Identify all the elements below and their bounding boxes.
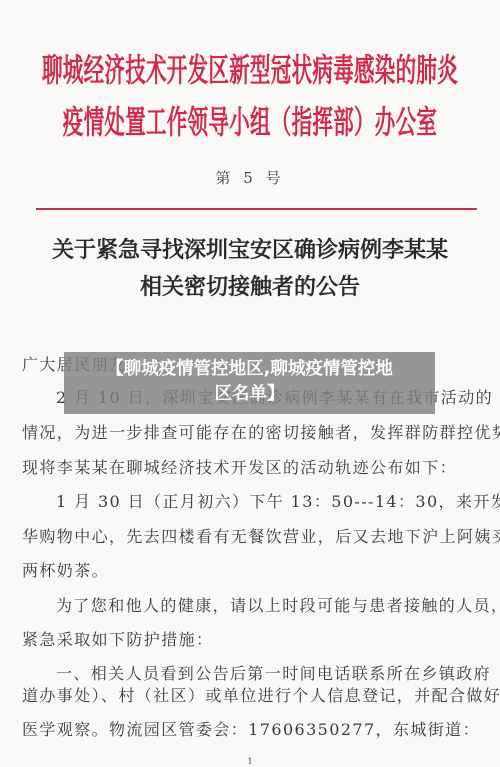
body-line: 华购物中心，先去四楼看有无餐饮营业，后又去地下沪上阿姨买 (22, 524, 482, 547)
body-line: 为了您和他人的健康，请以上时段可能与患者接触的人员， (56, 593, 500, 616)
body-line: 情况，为进一步排查可能存在的密切接触者，发挥群防群控优势， (22, 420, 482, 443)
page-number: 1 (0, 757, 500, 766)
body-line: 现将李某某在聊城经济技术开发区的活动轨迹公布如下： (22, 455, 482, 478)
banner-line-1: 【聊城疫情管控地区,聊城疫情管控地 (64, 357, 435, 382)
body-line: 两杯奶茶。 (22, 558, 482, 581)
document-number: 第 5 号 (0, 167, 500, 188)
body-line: 紧急采取如下防护措施： (22, 627, 482, 650)
issuing-office-line-2: 疫情处置工作领导小组（指挥部）办公室 (0, 96, 500, 143)
issuing-office-line-1: 聊城经济技术开发区新型冠状病毒感染的肺炎 (0, 44, 500, 91)
red-divider (36, 208, 477, 210)
notice-title-line-2: 相关密切接触者的公告 (0, 270, 500, 301)
body-line: 医学观察。物流园区管委会：17606350277，东城街道： (22, 717, 482, 740)
body-line: 道办事处）、村（社区）或单位进行个人信息登记，并配合做好 (22, 683, 482, 706)
notice-title-line-1: 关于紧急寻找深圳宝安区确诊病例李某某 (0, 233, 500, 264)
body-line: 1 月 30 日（正月初六）下午 13：50---14：30，来开发区振 (56, 489, 500, 512)
body-line: 一、相关人员看到公告后第一时间电话联系所在乡镇政府（街 (56, 661, 500, 684)
caption-overlay-banner: 【聊城疫情管控地区,聊城疫情管控地 区名单】 (64, 352, 435, 414)
banner-line-2: 区名单】 (64, 382, 435, 407)
